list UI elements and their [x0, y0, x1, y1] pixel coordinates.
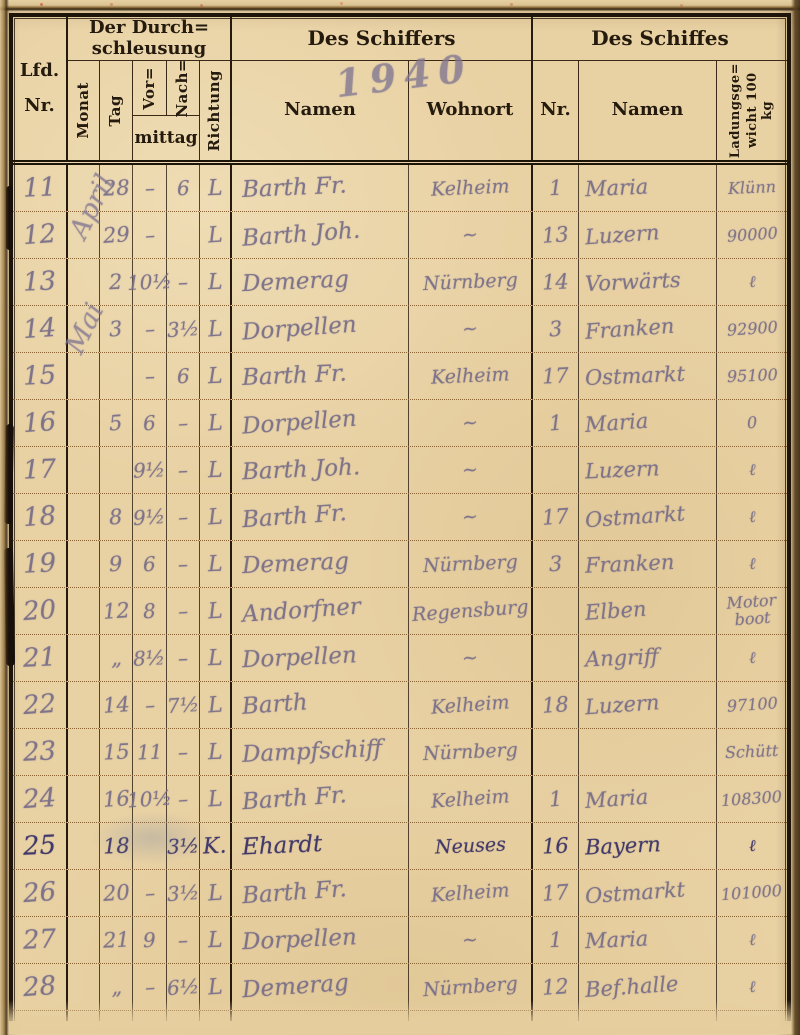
schiffer-name-value: Demerag — [231, 266, 349, 297]
richtung-label: Richtung — [206, 70, 223, 151]
cell-wohnort: Kelheim — [409, 353, 533, 399]
cell-lfd-nr: 12 — [13, 212, 68, 258]
row-number: 27 — [22, 924, 56, 955]
cell-lfd-nr: 14 — [13, 306, 68, 352]
cell-lfd-nr: 17 — [13, 447, 68, 493]
ledger-row: 16 5 6 – L Dorpellen ∼ 1 Maria 0 — [13, 400, 787, 447]
cell-nachmittag: 3½ — [167, 306, 200, 352]
cell-wohnort: ∼ — [409, 494, 533, 540]
vor-nach-row: Vor= Nach= — [133, 61, 199, 115]
cell-lfd-nr: 19 — [13, 541, 68, 587]
schiffer-name-value: Dorpellen — [231, 406, 357, 441]
cell-cutoff — [100, 1011, 133, 1021]
cell-cutoff — [133, 1011, 167, 1021]
nachmittag-value: – — [177, 928, 188, 952]
cell-schiff-name: Bayern — [579, 823, 717, 869]
cell-wohnort: Kelheim — [409, 682, 533, 728]
cell-wohnort: ∼ — [409, 212, 533, 258]
cell-schiff-name: Luzern — [579, 682, 717, 728]
cell-schiffer-name: Barth Fr. — [232, 494, 409, 540]
page-right-edge — [791, 0, 800, 1035]
wohnort-value: Nürnberg — [422, 739, 518, 765]
cell-wohnort: ∼ — [409, 635, 533, 681]
column-header-vormittag: Vor= — [133, 61, 167, 115]
ladungsgewicht-value: 108300 — [721, 788, 783, 809]
cell-tag: 20 — [100, 870, 133, 916]
cell-wohnort: ∼ — [409, 917, 533, 963]
table-header: Lfd. Nr. Der Durch= schleusung Monat Tag… — [13, 17, 787, 165]
cell-schiffer-name: Barth Fr. — [232, 165, 409, 211]
nachmittag-value: – — [177, 458, 188, 482]
column-header-nachmittag: Nach= — [167, 61, 200, 115]
column-header-wohnort: Wohnort — [409, 61, 533, 160]
schiff-nr-value: 17 — [541, 880, 569, 906]
cell-monat — [68, 729, 100, 775]
cell-wohnort: Kelheim — [409, 165, 533, 211]
schiffer-name-value: Dorpellen — [231, 924, 357, 955]
vormittag-value: – — [144, 223, 156, 248]
cell-ladungsgewicht: 92900 — [717, 306, 787, 352]
cell-wohnort: Nürnberg — [409, 541, 533, 587]
schiffer-name-value: Dampfschiff — [232, 736, 383, 769]
cell-vormittag: – — [133, 165, 167, 211]
vormittag-value: 10½ — [126, 785, 172, 812]
schiff-name-value: Luzern — [579, 456, 661, 483]
cell-tag: 14 — [100, 682, 133, 728]
tag-value: 21 — [102, 927, 130, 952]
cell-ladungsgewicht: ℓ — [717, 259, 787, 305]
wohnort-value: ∼ — [461, 223, 478, 246]
schiff-name-value: Ostmarkt — [578, 877, 685, 908]
richtung-value: L — [207, 692, 223, 718]
vormittag-value: – — [144, 881, 156, 906]
schiffer-name-value: Barth — [231, 689, 308, 720]
monat-label: Monat — [75, 82, 92, 139]
nachmittag-value: – — [177, 505, 189, 530]
cell-lfd-nr: 18 — [13, 494, 68, 540]
cell-wohnort: ∼ — [409, 306, 533, 352]
ledger-row: 20 12 8 – L Andorfner Regensburg Elben M… — [13, 588, 787, 635]
cell-lfd-nr: 15 — [13, 353, 68, 399]
ladungsgewicht-value: ℓ — [748, 555, 755, 572]
cell-richtung: L — [200, 917, 232, 963]
nachmittag-value: 6 — [176, 176, 190, 201]
cell-schiff-name: Bef.halle — [579, 964, 717, 1010]
mittag-text: mittag — [134, 129, 197, 149]
tag-value: 14 — [102, 692, 130, 718]
tag-value: 28 — [102, 175, 130, 200]
cell-wohnort: ∼ — [409, 400, 533, 446]
cell-nachmittag: – — [167, 400, 200, 446]
table-body: April Mai 11 28 – 6 L Barth Fr. Kelheim … — [13, 165, 787, 1021]
schiffer-name-value: Dorpellen — [231, 642, 357, 673]
ladungsgewicht-value: ℓ — [748, 508, 756, 525]
cell-tag: „ — [100, 964, 133, 1010]
cell-schiff-nr: 1 — [533, 400, 579, 446]
ledger-row: 13 2 10½ – L Demerag Nürnberg 14 Vorwärt… — [13, 259, 787, 306]
tag-value: 12 — [102, 598, 130, 624]
cell-schiffer-name: Demerag — [232, 259, 409, 305]
cell-tag: 28 — [100, 165, 133, 211]
cell-wohnort: Regensburg — [409, 588, 533, 634]
cell-schiff-name: Ostmarkt — [579, 494, 717, 540]
cell-nachmittag: 6 — [167, 353, 200, 399]
cell-schiff-nr: 17 — [533, 353, 579, 399]
tag-value: 5 — [108, 411, 123, 436]
schiff-name-value: Elben — [578, 597, 647, 626]
column-group-des-schiffes: Des Schiffes — [533, 17, 787, 61]
cell-nachmittag: – — [167, 541, 200, 587]
cell-schiffer-name: Demerag — [232, 964, 409, 1010]
column-group-des-schiffers: Des Schiffers — [232, 17, 533, 61]
ledger-row: 15 – 6 L Barth Fr. Kelheim 17 Ostmarkt 9… — [13, 353, 787, 400]
richtung-value: L — [207, 410, 223, 436]
schiff-nr-value: 1 — [548, 411, 563, 436]
schiff-name-value: Maria — [579, 174, 649, 201]
tag-value: 3 — [108, 317, 123, 342]
row-number: 21 — [22, 642, 56, 673]
cell-schiffer-name: Barth Joh. — [232, 447, 409, 493]
cell-richtung: L — [200, 729, 232, 775]
richtung-value: L — [207, 598, 223, 624]
binding-dots — [40, 3, 43, 6]
schiffer-name-value: Barth Joh. — [231, 218, 361, 253]
cell-nachmittag — [167, 212, 200, 258]
row-number: 15 — [22, 360, 56, 391]
cell-tag: 21 — [100, 917, 133, 963]
tag-value: „ — [110, 646, 122, 670]
cell-schiffer-name: Ehardt — [232, 823, 409, 869]
ledger-page: Lfd. Nr. Der Durch= schleusung Monat Tag… — [0, 0, 800, 1035]
schiff-name-value: Luzern — [578, 220, 660, 250]
column-group-durchschleusung: Der Durch= schleusung — [68, 17, 232, 61]
cell-cutoff — [232, 1011, 409, 1021]
cell-monat — [68, 259, 100, 305]
schiffer-name-value: Andorfner — [231, 594, 361, 629]
cell-wohnort: Kelheim — [409, 870, 533, 916]
column-header-schiff-namen: Namen — [579, 61, 717, 160]
row-number: 12 — [22, 219, 57, 251]
cell-richtung: L — [200, 541, 232, 587]
cell-cutoff — [13, 1011, 68, 1021]
richtung-value: L — [207, 269, 223, 295]
cell-lfd-nr: 26 — [13, 870, 68, 916]
ladungsgewicht-value: 92900 — [726, 319, 778, 339]
cell-monat — [68, 494, 100, 540]
wohnort-value: Nürnberg — [422, 269, 518, 295]
ladungsgewicht-value: Schütt — [725, 742, 779, 761]
schiff-nr-value: 17 — [542, 363, 570, 388]
cell-vormittag: – — [133, 353, 167, 399]
row-number: 13 — [22, 266, 56, 297]
schiffer-name-value: Barth Fr. — [231, 173, 347, 204]
ledger-row: 17 9½ – L Barth Joh. ∼ Luzern ℓ — [13, 447, 787, 494]
cell-ladungsgewicht: ℓ — [717, 447, 787, 493]
cell-richtung: L — [200, 447, 232, 493]
nachmittag-value: – — [177, 787, 189, 812]
cell-ladungsgewicht: ℓ — [717, 635, 787, 681]
wohnort-value: Nürnberg — [422, 973, 518, 1002]
schiff-nr-value: 18 — [541, 692, 569, 718]
schiff-name-value: Angriff — [579, 644, 660, 671]
ledger-table: Lfd. Nr. Der Durch= schleusung Monat Tag… — [9, 13, 791, 1021]
cell-nachmittag: 6½ — [167, 964, 200, 1010]
vormittag-value: – — [144, 364, 155, 388]
cell-vormittag: 10½ — [133, 259, 167, 305]
schiffer-name-value: Barth Joh. — [231, 454, 360, 486]
cell-vormittag: 6 — [133, 541, 167, 587]
cell-tag: 3 — [100, 306, 133, 352]
schiffer-name-value: Dorpellen — [231, 312, 357, 347]
cell-cutoff — [409, 1011, 533, 1021]
row-number: 23 — [22, 736, 56, 767]
row-number: 28 — [22, 971, 57, 1003]
cell-vormittag: 9½ — [133, 494, 167, 540]
ladungsgewicht-value: 97100 — [726, 695, 778, 715]
cell-cutoff — [717, 1011, 787, 1021]
cell-nachmittag: 3½ — [167, 870, 200, 916]
ladungsgewicht-value: Motor boot — [716, 592, 788, 630]
cell-lfd-nr: 13 — [13, 259, 68, 305]
schiff-name-value: Franken — [579, 550, 675, 578]
cell-tag: 29 — [100, 212, 133, 258]
schiff-name-value: Ostmarkt — [578, 501, 685, 532]
cell-schiffer-name: Dorpellen — [232, 400, 409, 446]
nachmittag-value: – — [177, 646, 188, 670]
cell-lfd-nr: 11 — [13, 165, 68, 211]
cell-schiff-name: Luzern — [579, 447, 717, 493]
cell-ladungsgewicht: 101000 — [717, 870, 787, 916]
schiff-nr-value: 16 — [542, 833, 570, 858]
cell-schiff-nr — [533, 729, 579, 775]
cell-schiffer-name: Dampfschiff — [232, 729, 409, 775]
cell-ladungsgewicht: ℓ — [717, 964, 787, 1010]
schiff-nr-value: 17 — [541, 504, 569, 530]
cell-richtung: L — [200, 165, 232, 211]
wohnort-value: Neuses — [434, 833, 506, 858]
tag-value: „ — [110, 975, 123, 1000]
tag-value: 20 — [102, 880, 130, 906]
ladungsgewicht-value: ℓ — [748, 649, 755, 666]
column-header-schiffer-namen: Namen — [232, 61, 409, 160]
cell-schiff-nr: 17 — [533, 494, 579, 540]
cell-vormittag: 8½ — [133, 635, 167, 681]
cell-richtung: L — [200, 588, 232, 634]
cell-schiff-name: Elben — [579, 588, 717, 634]
tag-value: 9 — [109, 552, 123, 577]
cell-monat — [68, 353, 100, 399]
column-header-ladungsgewicht: Ladungsge= wicht 100 kg — [717, 61, 787, 160]
cell-ladungsgewicht: 95100 — [717, 353, 787, 399]
wohnort-value: ∼ — [461, 317, 478, 340]
cell-schiff-name: Vorwärts — [579, 259, 717, 305]
ladungsgewicht-value: ℓ — [748, 931, 755, 948]
cell-monat — [68, 306, 100, 352]
ladungsgewicht-value: 95100 — [726, 366, 778, 385]
cell-ladungsgewicht: ℓ — [717, 541, 787, 587]
wohnort-value: ∼ — [462, 459, 479, 482]
vormittag-value: 8 — [142, 599, 156, 624]
lfd-label-line1: Lfd. — [20, 61, 59, 82]
ladungsgewicht-value: ℓ — [748, 461, 755, 478]
cell-ladungsgewicht: ℓ — [717, 917, 787, 963]
cell-schiff-nr: 3 — [533, 306, 579, 352]
cell-lfd-nr: 28 — [13, 964, 68, 1010]
wohnort-value: Regensburg — [411, 596, 529, 626]
wohnort-value: Kelheim — [430, 785, 510, 812]
richtung-value: L — [207, 880, 223, 906]
vormittag-value: 11 — [136, 739, 162, 764]
ledger-row: 21 „ 8½ – L Dorpellen ∼ Angriff ℓ — [13, 635, 787, 682]
schiffer-name-value: Demerag — [231, 548, 349, 579]
schiff-namen-label: Namen — [612, 100, 684, 121]
nachmittag-value: – — [177, 411, 189, 436]
column-header-monat: Monat — [68, 61, 100, 160]
cell-nachmittag: – — [167, 635, 200, 681]
cell-nachmittag: – — [167, 729, 200, 775]
cell-schiffer-name: Barth Joh. — [232, 212, 409, 258]
ladung-label-line2: wicht 100 kg — [746, 61, 776, 160]
cell-vormittag: 9 — [133, 917, 167, 963]
ledger-row: 23 15 11 – L Dampfschiff Nürnberg Schütt — [13, 729, 787, 776]
tag-value: 8 — [108, 505, 123, 530]
richtung-value: L — [207, 786, 223, 812]
richtung-value: L — [207, 316, 223, 342]
cell-cutoff — [200, 1011, 232, 1021]
cell-monat — [68, 400, 100, 446]
cell-monat — [68, 212, 100, 258]
cell-ladungsgewicht: 0 — [717, 400, 787, 446]
lfd-label-line2: Nr. — [24, 96, 55, 117]
ledger-row: 14 3 – 3½ L Dorpellen ∼ 3 Franken 92900 — [13, 306, 787, 353]
cell-schiff-nr: 16 — [533, 823, 579, 869]
mittag-label: mittag — [133, 115, 199, 161]
cell-schiffer-name: Barth Fr. — [232, 776, 409, 822]
cell-schiff-name: Maria — [579, 917, 717, 963]
tag-value: 29 — [102, 222, 130, 248]
wohnort-label: Wohnort — [427, 100, 514, 121]
cell-schiff-nr: 14 — [533, 259, 579, 305]
cell-vormittag: 11 — [133, 729, 167, 775]
cell-tag: 5 — [100, 400, 133, 446]
nachmittag-value: – — [177, 270, 188, 294]
cell-cutoff — [579, 1011, 717, 1021]
richtung-value: L — [207, 504, 223, 530]
cell-vormittag: 6 — [133, 400, 167, 446]
eraser-smudge — [92, 812, 212, 864]
cell-tag: 9 — [100, 541, 133, 587]
cell-lfd-nr: 20 — [13, 588, 68, 634]
cell-ladungsgewicht: Klünn — [717, 165, 787, 211]
cell-tag: 12 — [100, 588, 133, 634]
cell-vormittag: – — [133, 964, 167, 1010]
ladungsgewicht-value: 101000 — [721, 882, 783, 903]
column-header-schiff-nr: Nr. — [533, 61, 579, 160]
schiff-nr-value: 3 — [548, 317, 563, 342]
des-schiffers-label: Des Schiffers — [308, 27, 456, 50]
vormittag-value: 10½ — [127, 269, 173, 295]
ledger-row: 11 28 – 6 L Barth Fr. Kelheim 1 Maria Kl… — [13, 165, 787, 212]
wohnort-value: Kelheim — [430, 691, 510, 718]
cell-vormittag: – — [133, 682, 167, 728]
nachmittag-value: – — [177, 599, 189, 624]
cell-schiffer-name: Barth Fr. — [232, 353, 409, 399]
row-number: 17 — [22, 454, 56, 485]
nachmittag-value: 7½ — [166, 692, 200, 718]
richtung-value: L — [207, 645, 223, 671]
column-header-tag: Tag — [100, 61, 133, 160]
cell-monat — [68, 964, 100, 1010]
cell-tag — [100, 447, 133, 493]
cell-schiff-nr: 12 — [533, 964, 579, 1010]
schiff-name-value: Ostmarkt — [579, 362, 686, 391]
cell-ladungsgewicht: 108300 — [717, 776, 787, 822]
cell-schiffer-name: Demerag — [232, 541, 409, 587]
cell-cutoff — [68, 1011, 100, 1021]
cell-schiff-nr — [533, 447, 579, 493]
cell-vormittag: – — [133, 306, 167, 352]
richtung-value: L — [207, 927, 223, 953]
nachmittag-value: 6 — [176, 364, 190, 389]
cell-ladungsgewicht: ℓ — [717, 494, 787, 540]
schiff-nr-value: 1 — [548, 787, 563, 812]
page-top-edge — [0, 0, 800, 13]
cell-nachmittag: – — [167, 588, 200, 634]
row-number: 11 — [22, 172, 56, 203]
nachmittag-value: 3½ — [166, 880, 200, 906]
cell-cutoff — [167, 1011, 200, 1021]
cell-monat — [68, 682, 100, 728]
richtung-value: L — [207, 974, 223, 1000]
schiff-name-value: Maria — [578, 785, 649, 814]
schiff-nr-value: 1 — [548, 928, 562, 953]
ladung-label-line1: Ladungsge= — [729, 63, 744, 158]
ladungsgewicht-value: ℓ — [748, 273, 755, 290]
cell-monat — [68, 588, 100, 634]
cell-tag — [100, 353, 133, 399]
cell-nachmittag: 6 — [167, 165, 200, 211]
cell-richtung: L — [200, 400, 232, 446]
cell-richtung: L — [200, 682, 232, 728]
richtung-value: L — [207, 739, 223, 765]
cell-vormittag: 9½ — [133, 447, 167, 493]
cell-schiff-nr: 13 — [533, 212, 579, 258]
richtung-value: L — [207, 457, 223, 483]
cell-schiffer-name: Dorpellen — [232, 306, 409, 352]
nachmittag-value: 3½ — [166, 316, 200, 342]
cell-lfd-nr: 22 — [13, 682, 68, 728]
row-number: 25 — [22, 830, 56, 861]
cell-nachmittag: – — [167, 494, 200, 540]
cell-ladungsgewicht: 90000 — [717, 212, 787, 258]
durchschleusung-line1: Der Durch= — [89, 18, 209, 39]
schiff-name-value: Vorwärts — [579, 268, 682, 296]
ladungsgewicht-value: ℓ — [748, 837, 755, 854]
cell-schiff-name: Maria — [579, 400, 717, 446]
ledger-row: 22 14 – 7½ L Barth Kelheim 18 Luzern 971… — [13, 682, 787, 729]
richtung-value: L — [207, 175, 223, 201]
cell-schiff-name: Ostmarkt — [579, 353, 717, 399]
vormittag-value: 9 — [143, 928, 157, 953]
cell-schiffer-name: Barth Fr. — [232, 870, 409, 916]
cell-schiff-nr: 1 — [533, 776, 579, 822]
cell-tag: 15 — [100, 729, 133, 775]
ledger-row: 26 20 – 3½ L Barth Fr. Kelheim 17 Ostmar… — [13, 870, 787, 917]
cell-schiffer-name: Dorpellen — [232, 917, 409, 963]
cell-monat — [68, 541, 100, 587]
wohnort-value: ∼ — [461, 411, 478, 434]
wohnort-value: Kelheim — [430, 363, 509, 388]
